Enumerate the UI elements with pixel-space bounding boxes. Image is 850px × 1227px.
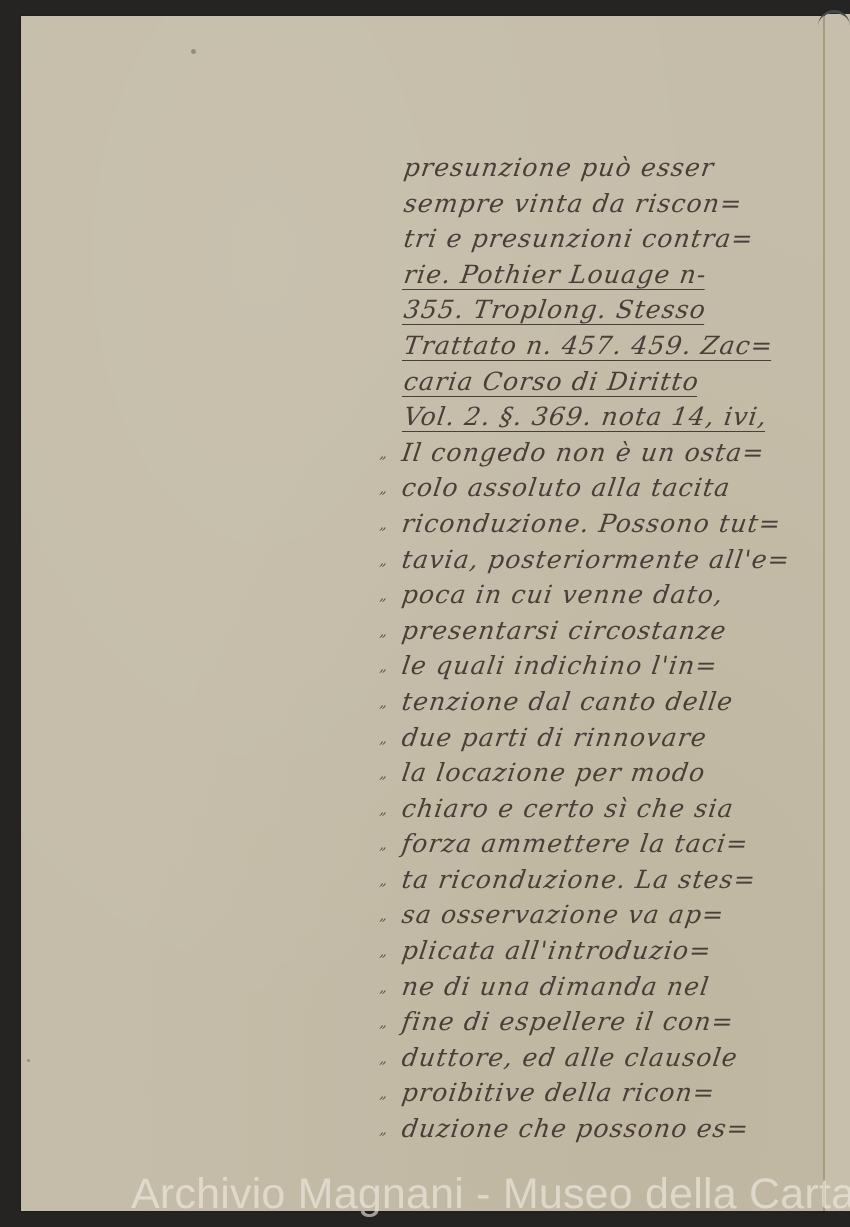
- text-line: sempre vinta da riscon=: [377, 186, 822, 222]
- binding-clip: [818, 10, 850, 27]
- quoted-line: „riconduzione. Possono tut=: [377, 506, 822, 542]
- text-line: tri e presunzioni contra=: [377, 221, 822, 257]
- quoted-line: „poca in cui venne dato,: [377, 577, 822, 613]
- quoted-line: „tavia, posteriormente all'e=: [377, 542, 822, 578]
- quoted-line: „duzione che possono es=: [377, 1111, 822, 1147]
- quoted-line: „presentarsi circostanze: [377, 613, 822, 649]
- quoted-line: „colo assoluto alla tacita: [377, 470, 822, 506]
- paper-stain: [27, 1059, 30, 1062]
- text-line: Vol. 2. §. 369. nota 14, ivi,: [377, 399, 822, 435]
- text-line: presunzione può esser: [377, 150, 822, 186]
- quoted-line: „la locazione per modo: [377, 755, 822, 791]
- paper-stain: [191, 49, 196, 54]
- text-line: 355. Troplong. Stesso: [377, 292, 822, 328]
- quoted-line: „tenzione dal canto delle: [377, 684, 822, 720]
- handwritten-text: presunzione può esser sempre vinta da ri…: [380, 150, 820, 1147]
- quoted-line: „ne di una dimanda nel: [377, 969, 822, 1005]
- quoted-line: „plicata all'introduzio=: [377, 933, 822, 969]
- quoted-line: „chiaro e certo sì che sia: [377, 791, 822, 827]
- text-line: rie. Pothier Louage n-: [377, 257, 822, 293]
- text-line: caria Corso di Diritto: [377, 364, 822, 400]
- quoted-line: „Il congedo non è un osta=: [377, 435, 822, 471]
- adjacent-page-edge: [825, 14, 850, 1211]
- quoted-line: „due parti di rinnovare: [377, 720, 822, 756]
- quoted-line: „proibitive della ricon=: [377, 1075, 822, 1111]
- quoted-line: „ta riconduzione. La stes=: [377, 862, 822, 898]
- quoted-line: „le quali indichino l'in=: [377, 648, 822, 684]
- quoted-line: „duttore, ed alle clausole: [377, 1040, 822, 1076]
- archive-watermark: Archivio Magnani - Museo della Carta: [131, 1170, 850, 1219]
- quoted-line: „fine di espellere il con=: [377, 1004, 822, 1040]
- text-line: Trattato n. 457. 459. Zac=: [377, 328, 822, 364]
- quoted-line: „sa osservazione va ap=: [377, 897, 822, 933]
- quoted-line: „forza ammettere la taci=: [377, 826, 822, 862]
